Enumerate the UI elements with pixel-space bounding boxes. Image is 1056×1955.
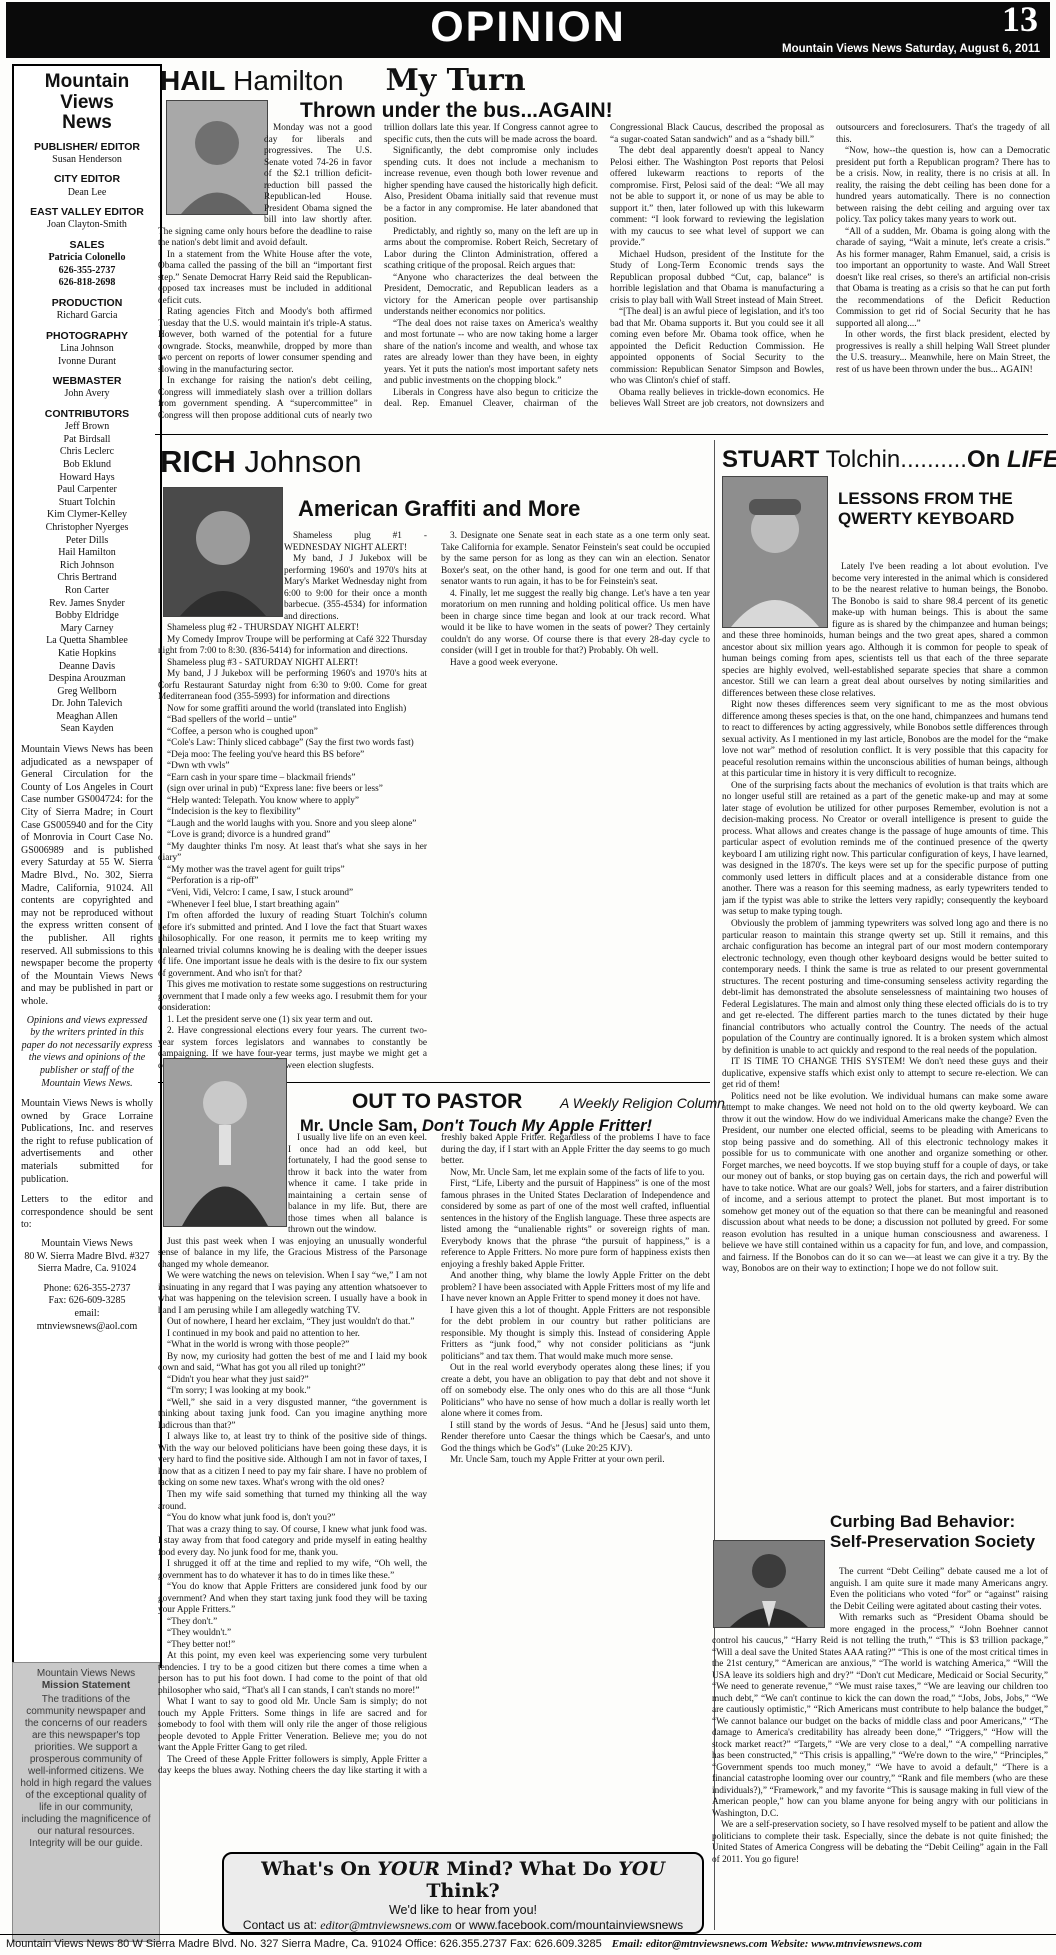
letters-note: Letters to the editor and correspondence… (21, 1194, 153, 1232)
paragraph: “They better not!” (158, 1640, 427, 1652)
paragraph: 80 W. Sierra Madre Blvd. #327 (21, 1251, 153, 1264)
staff-role-title: CITY EDITOR (21, 173, 153, 186)
paragraph: Chris Leclerc (21, 446, 153, 459)
paragraph: Mountain Views News (21, 1238, 153, 1251)
hamilton-body: Monday was not a good day for liberals a… (158, 123, 1050, 431)
ownership-text: Mountain Views News is wholly owned by G… (21, 1098, 153, 1186)
photo-wrap-spacer (158, 1133, 288, 1227)
paragraph: “The deal does not raise taxes on Americ… (384, 319, 598, 388)
paragraph: Dean Lee (21, 187, 153, 200)
paragraph: “Laugh and the world laughs with you. Sn… (158, 819, 427, 831)
paragraph: “All of a sudden, Mr. Obama is going alo… (836, 227, 1050, 331)
paragraph: Richard Garcia (21, 310, 153, 323)
paragraph: We were watching the news on television.… (158, 1271, 427, 1317)
paragraph: At this point, my even keel was experien… (158, 1651, 427, 1697)
mission-title: Mountain Views NewsMission Statement (19, 1668, 153, 1692)
paragraph: First, “Life, Liberty and the pursuit of… (441, 1179, 710, 1271)
paragraph: Mountain Views News has been adjudicated… (21, 744, 153, 1008)
paragraph: Joan Clayton-Smith (21, 219, 153, 232)
paragraph: Sean Kayden (21, 723, 153, 736)
paragraph: Fax: 626-609-3285 (21, 1295, 153, 1308)
paragraph: Michael Hudson, president of the Institu… (610, 250, 824, 308)
title-part: Mind? What Do (440, 1858, 618, 1880)
paragraph: I'm often afforded the luxury of reading… (158, 911, 427, 980)
mission-statement-box: Mountain Views NewsMission Statement The… (12, 1662, 160, 1942)
hamilton-headline: Thrown under the bus...AGAIN! (300, 99, 613, 123)
paragraph: “Anyone who characterizes the deal betwe… (384, 273, 598, 319)
paragraph: My band, J J Jukebox will be performing … (158, 669, 427, 704)
paragraph: “[The deal] is an awful piece of legisla… (610, 307, 824, 388)
feedback-subtitle: We'd like to hear from you! (224, 1903, 702, 1917)
paragraph: 1. Let the president serve one (1) six y… (158, 1015, 427, 1027)
staff-names: John Avery (21, 388, 153, 401)
paragraph: Mary Carney (21, 623, 153, 636)
paragraph: Rich Johnson (21, 560, 153, 573)
pastor-kicker-subtitle: A Weekly Religion Column (560, 1095, 725, 1111)
adjudication-notice: Mountain Views News has been adjudicated… (21, 744, 153, 1008)
paragraph: “You do know that Apple Fritters are con… (158, 1582, 427, 1617)
paragraph: “Deja moo: The feeling you've heard this… (158, 750, 427, 762)
paragraph: Despina Arouzman (21, 673, 153, 686)
paragraph: Phone: 626-355-2737 (21, 1283, 153, 1296)
paragraph: Kim Clymer-Kelley (21, 509, 153, 522)
byline-first: HAIL (160, 65, 225, 96)
byline-last: Hamilton (225, 65, 343, 96)
paragraph: Chris Bertrand (21, 572, 153, 585)
paragraph: Ivonne Durant (21, 356, 153, 369)
opinion-header-bar: OPINION 13 Mountain Views News Saturday,… (6, 2, 1050, 58)
paragraph: I shrugged it off at the time and replie… (158, 1559, 427, 1582)
hamilton-byline: HAIL HamiltonMy Turn (160, 66, 526, 96)
paragraph: Have a good week everyone. (441, 658, 710, 670)
paragraph: That was a crazy thing to say. Of course… (158, 1525, 427, 1560)
photo-wrap-spacer (712, 1567, 830, 1629)
staff-names: Lina JohnsonIvonne Durant (21, 343, 153, 368)
divider (155, 434, 1048, 435)
paragraph: Mountain (21, 72, 153, 93)
title-part: Think? (426, 1880, 499, 1902)
paragraph: Shameless plug #2 - THURSDAY NIGHT ALERT… (158, 623, 427, 635)
paragraph: News (21, 113, 153, 134)
paragraph: “Earn cash in your spare time – blackmai… (158, 773, 427, 785)
paragraph: Susan Henderson (21, 154, 153, 167)
column-label: My Turn (386, 63, 526, 98)
masthead-title: MountainViewsNews (21, 72, 153, 134)
paragraph: I always like to, at least try to think … (158, 1432, 427, 1490)
title-emphasis: YOUR (377, 1858, 439, 1880)
paragraph: In other words, the first black presiden… (836, 330, 1050, 376)
paragraph: 3. Designate one Senate seat in each sta… (441, 531, 710, 589)
tolchin-body: Lately I've been reading a lot about evo… (722, 562, 1048, 1510)
paragraph: Howard Hays (21, 472, 153, 485)
paragraph: La Quetta Shamblee (21, 635, 153, 648)
title-emphasis: YOU (618, 1858, 665, 1880)
pastor-paragraphs: I usually live life on an even keel. I o… (158, 1133, 710, 1781)
paragraph: “Veni, Vidi, Velcro: I came, I saw, I st… (158, 888, 427, 900)
paragraph: Lina Johnson (21, 343, 153, 356)
paragraph: Dr. John Talevich (21, 698, 153, 711)
paragraph: Predictably, and rightly so, many on the… (384, 227, 598, 273)
staff-role-title: EAST VALLEY EDITOR (21, 206, 153, 219)
johnson-byline: RICH Johnson (160, 446, 362, 477)
paragraph: “Whenever I feel blue, I start breathing… (158, 900, 427, 912)
staff-role-title: WEBMASTER (21, 375, 153, 388)
paragraph: 4. Finally, let me suggest the really bi… (441, 589, 710, 658)
paragraph: Out in the real world everybody operates… (441, 1363, 710, 1421)
staff-names: Richard Garcia (21, 310, 153, 323)
paragraph: “Love is grand; divorce is a hundred gra… (158, 830, 427, 842)
footer-email-value[interactable]: editor@mtnviewsnews.com (646, 1938, 768, 1950)
paragraph: Obviously the problem of jamming typewri… (722, 919, 1048, 1057)
feedback-title: What's On YOUR Mind? What Do YOU Think? (224, 1858, 702, 1902)
masthead-sidebar: MountainViewsNews PUBLISHER/ EDITOR Susa… (12, 64, 162, 1668)
paragraph: I still stand by the words of Jesus. “An… (441, 1421, 710, 1456)
staff-role-title: SALES (21, 239, 153, 252)
photo-wrap-spacer (158, 123, 264, 218)
paragraph: Right now theses differences seem very s… (722, 700, 1048, 781)
paragraph: Mission Statement (19, 1680, 153, 1692)
paragraph: Out of nowhere, I heard her exclaim, “Th… (158, 1317, 427, 1329)
tolchin-paragraphs: Lately I've been reading a lot about evo… (722, 562, 1048, 1276)
contact-info: Phone: 626-355-2737Fax: 626-609-3285emai… (21, 1283, 153, 1333)
paragraph: Shameless plug #3 - SATURDAY NIGHT ALERT… (158, 658, 427, 670)
feedback-box: What's On YOUR Mind? What Do YOU Think? … (222, 1852, 704, 1934)
paragraph: Then my wife said something that turned … (158, 1490, 427, 1513)
paragraph: My Comedy Improv Troupe will be performi… (158, 635, 427, 658)
footer-email: Email: editor@mtnviewsnews.com Website: … (612, 1938, 922, 1950)
paragraph: “Well,” she said in a very disgusted man… (158, 1398, 427, 1433)
paragraph: 626-355-2737 (21, 265, 153, 278)
paragraph: One of the surprising facts about the me… (722, 781, 1048, 919)
paragraph: Peter Dills (21, 535, 153, 548)
tolchin-headline: LESSONS FROM THE QWERTY KEYBOARD (838, 489, 1050, 528)
photo-wrap-spacer (722, 562, 832, 628)
paragraph: Paul Carpenter (21, 484, 153, 497)
opinions-disclaimer: Opinions and views expressed by the writ… (21, 1015, 153, 1091)
paragraph: Significantly, the debt compromise only … (384, 146, 598, 227)
paragraph: Politics need not be like evolution. We … (722, 1092, 1048, 1276)
paragraph: In a statement from the White House afte… (158, 250, 372, 308)
staff-role-title: PRODUCTION (21, 297, 153, 310)
issue-date-line: Mountain Views News Saturday, August 6, … (782, 43, 1040, 55)
footer-address: Mountain Views News 80 W Sierra Madre Bl… (6, 1938, 602, 1950)
byline-on: On (967, 446, 1007, 473)
contact-or: or (452, 1918, 469, 1932)
paragraph: “Bad spellers of the world – untie” (158, 715, 427, 727)
byline-dots: .......... (900, 446, 967, 473)
footer-website-label: Website: (768, 1938, 812, 1950)
letters-text: Letters to the editor and correspondence… (21, 1194, 153, 1232)
paragraph: Bob Eklund (21, 459, 153, 472)
contact-prefix: Contact us at: (243, 1918, 320, 1932)
paragraph: Sierra Madre, Ca. 91024 (21, 1263, 153, 1276)
paragraph: John Avery (21, 388, 153, 401)
mission-body: The traditions of the community newspape… (19, 1694, 153, 1850)
byline-last: Johnson (236, 444, 362, 479)
page-number: 13 (1002, 0, 1038, 40)
headline-line2: Self-Preservation Society (830, 1532, 1050, 1552)
paragraph: I continued in my book and paid no atten… (158, 1329, 427, 1341)
paragraph: Christopher Nyerges (21, 522, 153, 535)
paragraph: “Indecision is the key to flexibility” (158, 807, 427, 819)
paragraph: Mountain Views News (19, 1668, 153, 1680)
curbing-headline: Curbing Bad Behavior: Self-Preservation … (830, 1512, 1050, 1553)
staff-names: Patricia Colonello626-355-2737626-818-26… (21, 252, 153, 290)
paragraph: Ron Carter (21, 585, 153, 598)
paragraph: By now, my curiosity had gotten the best… (158, 1352, 427, 1375)
feedback-contact-line: Contact us at: editor@mtnviewsnews.com o… (224, 1918, 702, 1933)
paragraph: mtnviewsnews@aol.com (21, 1321, 153, 1334)
byline-last: Tolchin (819, 446, 900, 473)
paragraph: “You do know what junk food is, don't yo… (158, 1513, 427, 1525)
paragraph: And another thing, why blame the lowly A… (441, 1271, 710, 1306)
headline-line1: Curbing Bad Behavior: (830, 1512, 1050, 1532)
footer-website-value[interactable]: www.mtnviewsnews.com (811, 1938, 922, 1950)
paragraph: “Help wanted: Telepath. You know where t… (158, 796, 427, 808)
paragraph: Views (21, 93, 153, 114)
mailing-address: Mountain Views News80 W. Sierra Madre Bl… (21, 1238, 153, 1276)
footer-email-label: Email: (612, 1938, 646, 1950)
paragraph: “What in the world is wrong with those p… (158, 1340, 427, 1352)
staff-names: Susan Henderson (21, 154, 153, 167)
hamilton-paragraphs: Monday was not a good day for liberals a… (158, 123, 1050, 431)
paragraph: Just this past week when I was enjoying … (158, 1237, 427, 1272)
paragraph: “Didn't you hear what they just said?” (158, 1375, 427, 1387)
paragraph: “Perforation is a rip-off” (158, 876, 427, 888)
curbing-body: The current “Debt Ceiling” debate caused… (712, 1567, 1048, 1931)
paragraph: Deanne Davis (21, 661, 153, 674)
staff-role-title: PHOTOGRAPHY (21, 330, 153, 343)
paragraph: What I want to say to good old Mr. Uncle… (158, 1697, 427, 1755)
paragraph: IT IS TIME TO CHANGE THIS SYSTEM! We don… (722, 1057, 1048, 1092)
newspaper-page: OPINION 13 Mountain Views News Saturday,… (0, 0, 1056, 1955)
johnson-body: Shameless plug #1 - WEDNESDAY NIGHT ALER… (158, 531, 710, 1077)
johnson-headline: American Graffiti and More (298, 496, 580, 522)
page-footer: Mountain Views News 80 W Sierra Madre Bl… (0, 1934, 1056, 1955)
paragraph: We are a self-preservation society, so I… (712, 1820, 1048, 1866)
paragraph: Katie Hopkins (21, 648, 153, 661)
byline-first: RICH (160, 444, 236, 479)
paragraph: With remarks such as “President Obama sh… (712, 1613, 1048, 1820)
paragraph: “Cole's Law: Thinly sliced cabbage” (Say… (158, 738, 427, 750)
tolchin-byline: STUART Tolchin..........On LIFE (722, 448, 1056, 472)
paragraph: “Coffee, a person who is coughed upon” (158, 727, 427, 739)
paragraph: Now for some graffiti around the world (… (158, 704, 427, 716)
paragraph: Greg Wellborn (21, 686, 153, 699)
paragraph: Patricia Colonello (21, 252, 153, 265)
staff-names: Joan Clayton-Smith (21, 219, 153, 232)
contributors-list: Jeff BrownPat BirdsallChris LeclercBob E… (21, 421, 153, 736)
pastor-kicker: OUT TO PASTOR (352, 1090, 522, 1114)
paragraph: Rev. James Snyder (21, 598, 153, 611)
contact-email[interactable]: editor@mtnviewsnews.com (320, 1918, 451, 1932)
paragraph: Bobby Eldridge (21, 610, 153, 623)
paragraph: This gives me motivation to restate some… (158, 980, 427, 1015)
paragraph: “I'm sorry; I was looking at my book.” (158, 1386, 427, 1398)
paragraph: I have given this a lot of thought. Appl… (441, 1306, 710, 1364)
contact-facebook-url[interactable]: www.facebook.com/mountainviewsnews (469, 1918, 683, 1932)
paragraph: (sign over urinal in pub) “Express lane:… (158, 784, 427, 796)
photo-wrap-spacer (158, 531, 284, 619)
paragraph: 626-818-2698 (21, 277, 153, 290)
paragraph: Rating agencies Fitch and Moody's both a… (158, 307, 372, 376)
title-part: What's On (261, 1858, 377, 1880)
pastor-body: I usually live life on an even keel. I o… (158, 1133, 710, 1781)
paragraph: Jeff Brown (21, 421, 153, 434)
paragraph: The debt deal apparently doesn't appeal … (610, 146, 824, 250)
paragraph: Stuart Tolchin (21, 497, 153, 510)
paragraph: Mr. Uncle Sam, touch my Apple Fritter at… (441, 1455, 710, 1467)
paragraph: Meaghan Allen (21, 711, 153, 724)
paragraph: Pat Birdsall (21, 434, 153, 447)
byline-first: STUART (722, 446, 819, 473)
paragraph: “My mother was the travel agent for guil… (158, 865, 427, 877)
paragraph: Hail Hamilton (21, 547, 153, 560)
paragraph: “Dwn wth vwls” (158, 761, 427, 773)
paragraph: “They wouldn't.” (158, 1628, 427, 1640)
contributors-title: CONTRIBUTORS (21, 408, 153, 421)
paragraph: “Now, how--the question is, how can a De… (836, 146, 1050, 227)
staff-role-title: PUBLISHER/ EDITOR (21, 141, 153, 154)
paragraph: “My daughter thinks I'm nosy. At least t… (158, 842, 427, 865)
paragraph: “They don't.” (158, 1617, 427, 1629)
paragraph: Now, Mr. Uncle Sam, let me explain some … (441, 1168, 710, 1180)
byline-life: LIFE (1007, 446, 1056, 473)
paragraph: email: (21, 1308, 153, 1321)
staff-names: Dean Lee (21, 187, 153, 200)
ownership-notice: Mountain Views News is wholly owned by G… (21, 1098, 153, 1186)
